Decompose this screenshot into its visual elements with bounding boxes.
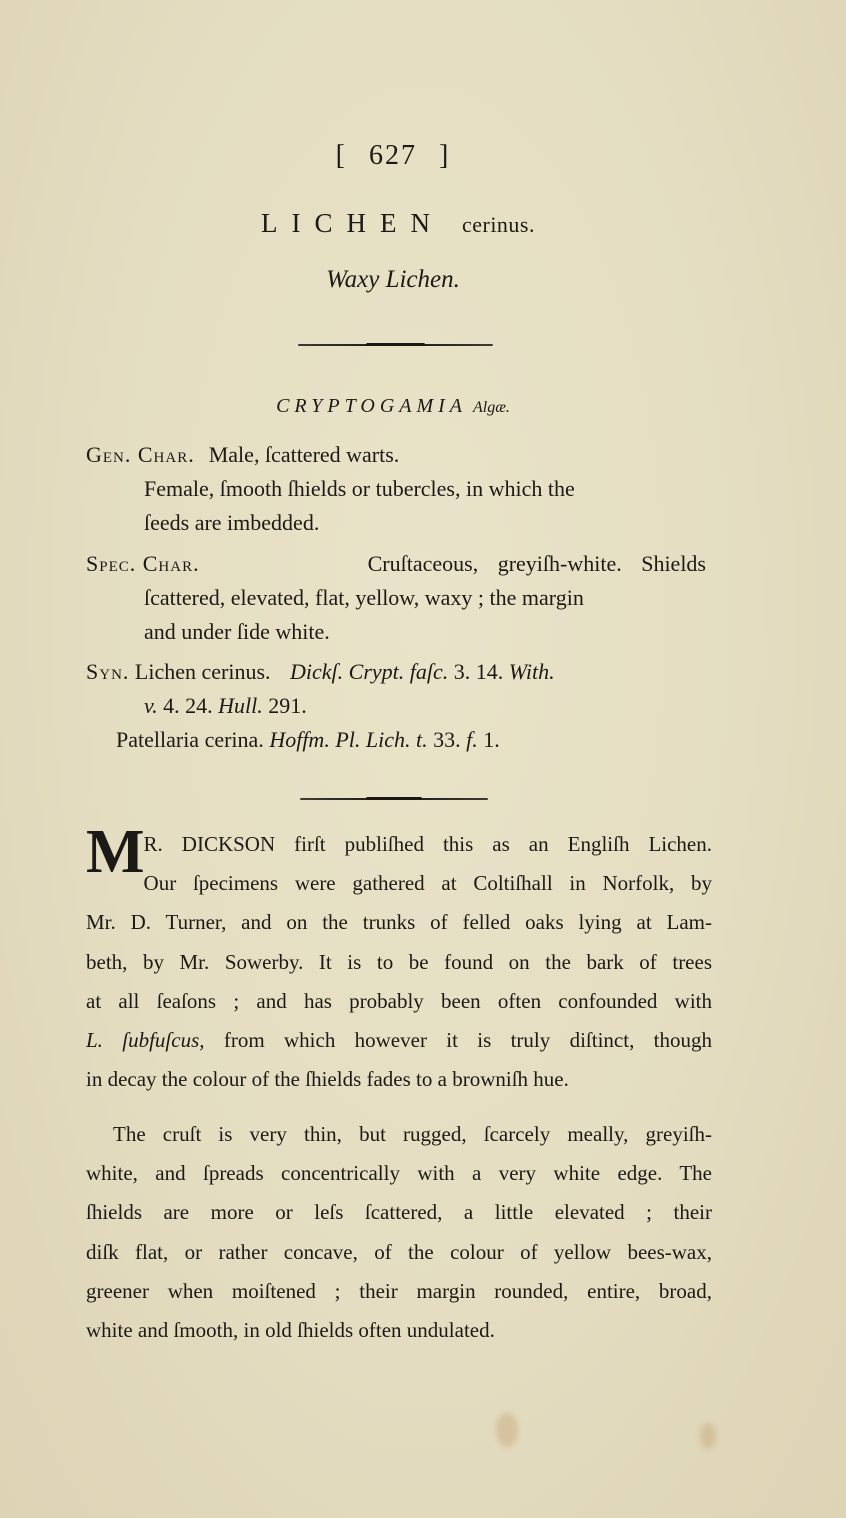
species-name: cerinus.: [462, 212, 535, 237]
gen-char-line: ſeeds are imbedded.: [86, 506, 706, 540]
line-text: firſt publiſhed this as an Engliſh Liche…: [275, 832, 712, 856]
page-number-value: 627: [369, 140, 417, 171]
paragraph-line: Mr. D. Turner, and on the trunks of fell…: [86, 903, 712, 942]
line-text: from which however it is truly diſtinct,…: [205, 1028, 712, 1052]
classification: CRYPTOGAMIAAlgæ.: [0, 395, 786, 418]
drop-cap: M: [86, 826, 143, 878]
divider-rule: [300, 798, 488, 800]
synonym-name: Patellaria cerina.: [116, 727, 264, 752]
synonym-reference: Hoffm. Pl. Lich. t.: [269, 727, 427, 752]
divider-rule: [298, 344, 493, 346]
paragraph-line: diſk flat, or rather concave, of the col…: [86, 1233, 712, 1272]
generic-character: Gen. Char.Male, ſcattered warts. Female,…: [86, 438, 706, 540]
paragraph-line: in decay the colour of the ſhields fades…: [86, 1060, 712, 1099]
paragraph-line: L. ſubfuſcus, from which however it is t…: [86, 1021, 712, 1060]
synonym-reference-num: 3. 14.: [454, 659, 504, 684]
paragraph-line: white and ſmooth, in old ſhields often u…: [86, 1311, 712, 1350]
synonym-reference-num: 33.: [433, 727, 461, 752]
foxing-stain: [700, 1423, 716, 1449]
bracket-open: [: [336, 140, 347, 172]
order-name: Algæ.: [473, 399, 510, 416]
synonym-reference: With.: [509, 659, 555, 684]
common-name: Waxy Lichen.: [0, 266, 786, 294]
spec-char-label: Spec. Char.: [86, 547, 200, 581]
paragraph-line: R. DICKSON firſt publiſhed this as an En…: [86, 825, 712, 864]
synonym-reference: f.: [466, 727, 478, 752]
syn-label: Syn.: [86, 659, 129, 684]
spec-char-line: Cruſtaceous, greyiſh-white. Shields: [368, 547, 706, 581]
synonym-name: Lichen cerinus.: [135, 659, 271, 684]
paragraph-line: beth, by Mr. Sowerby. It is to be found …: [86, 943, 712, 982]
species-reference: L. ſubfuſcus,: [86, 1028, 205, 1052]
foxing-stain: [496, 1413, 518, 1447]
gen-char-label: Gen. Char.: [86, 442, 195, 467]
spec-char-line: and under ſide white.: [86, 615, 706, 649]
specific-character: Spec. Char. Cruſtaceous, greyiſh-white. …: [86, 547, 706, 649]
paragraph-line: ſhields are more or leſs ſcattered, a li…: [86, 1193, 712, 1232]
bracket-close: ]: [439, 140, 450, 172]
synonym-reference-num: 1.: [483, 727, 500, 752]
gen-char-line: Female, ſmooth ſhields or tubercles, in …: [86, 472, 706, 506]
page-number: [627]: [0, 140, 786, 172]
synonym-reference-num: 4. 24.: [163, 693, 213, 718]
synonym-reference: v.: [144, 693, 158, 718]
paragraph-line: greener when moiſtened ; their margin ro…: [86, 1272, 712, 1311]
description-paragraph: The cruſt is very thin, but rugged, ſcar…: [86, 1115, 712, 1350]
synonym-reference: Hull.: [218, 693, 263, 718]
paragraph-line: Our ſpecimens were gathered at Coltiſhal…: [86, 864, 712, 903]
spec-char-line: ſcattered, elevated, flat, yellow, waxy …: [86, 581, 706, 615]
gen-char-line: Male, ſcattered warts.: [209, 442, 400, 467]
book-page: [627] LICHENcerinus. Waxy Lichen. CRYPTO…: [0, 0, 846, 1518]
synonym-reference-num: 291.: [268, 693, 307, 718]
lead-text: R. DICKSON: [144, 832, 276, 856]
synonyms: Syn. Lichen cerinus. Dickſ. Crypt. faſc.…: [86, 655, 706, 757]
synonym-reference: Dickſ. Crypt. faſc.: [290, 659, 448, 684]
class-name: CRYPTOGAMIA: [276, 395, 467, 417]
paragraph-line: The cruſt is very thin, but rugged, ſcar…: [86, 1115, 712, 1154]
genus-name: LICHEN: [261, 208, 444, 238]
paragraph-line: white, and ſpreads concentrically with a…: [86, 1154, 712, 1193]
description-paragraph: M R. DICKSON firſt publiſhed this as an …: [86, 825, 712, 1099]
page-title: LICHENcerinus.: [0, 208, 796, 239]
paragraph-line: at all ſeaſons ; and has probably been o…: [86, 982, 712, 1021]
